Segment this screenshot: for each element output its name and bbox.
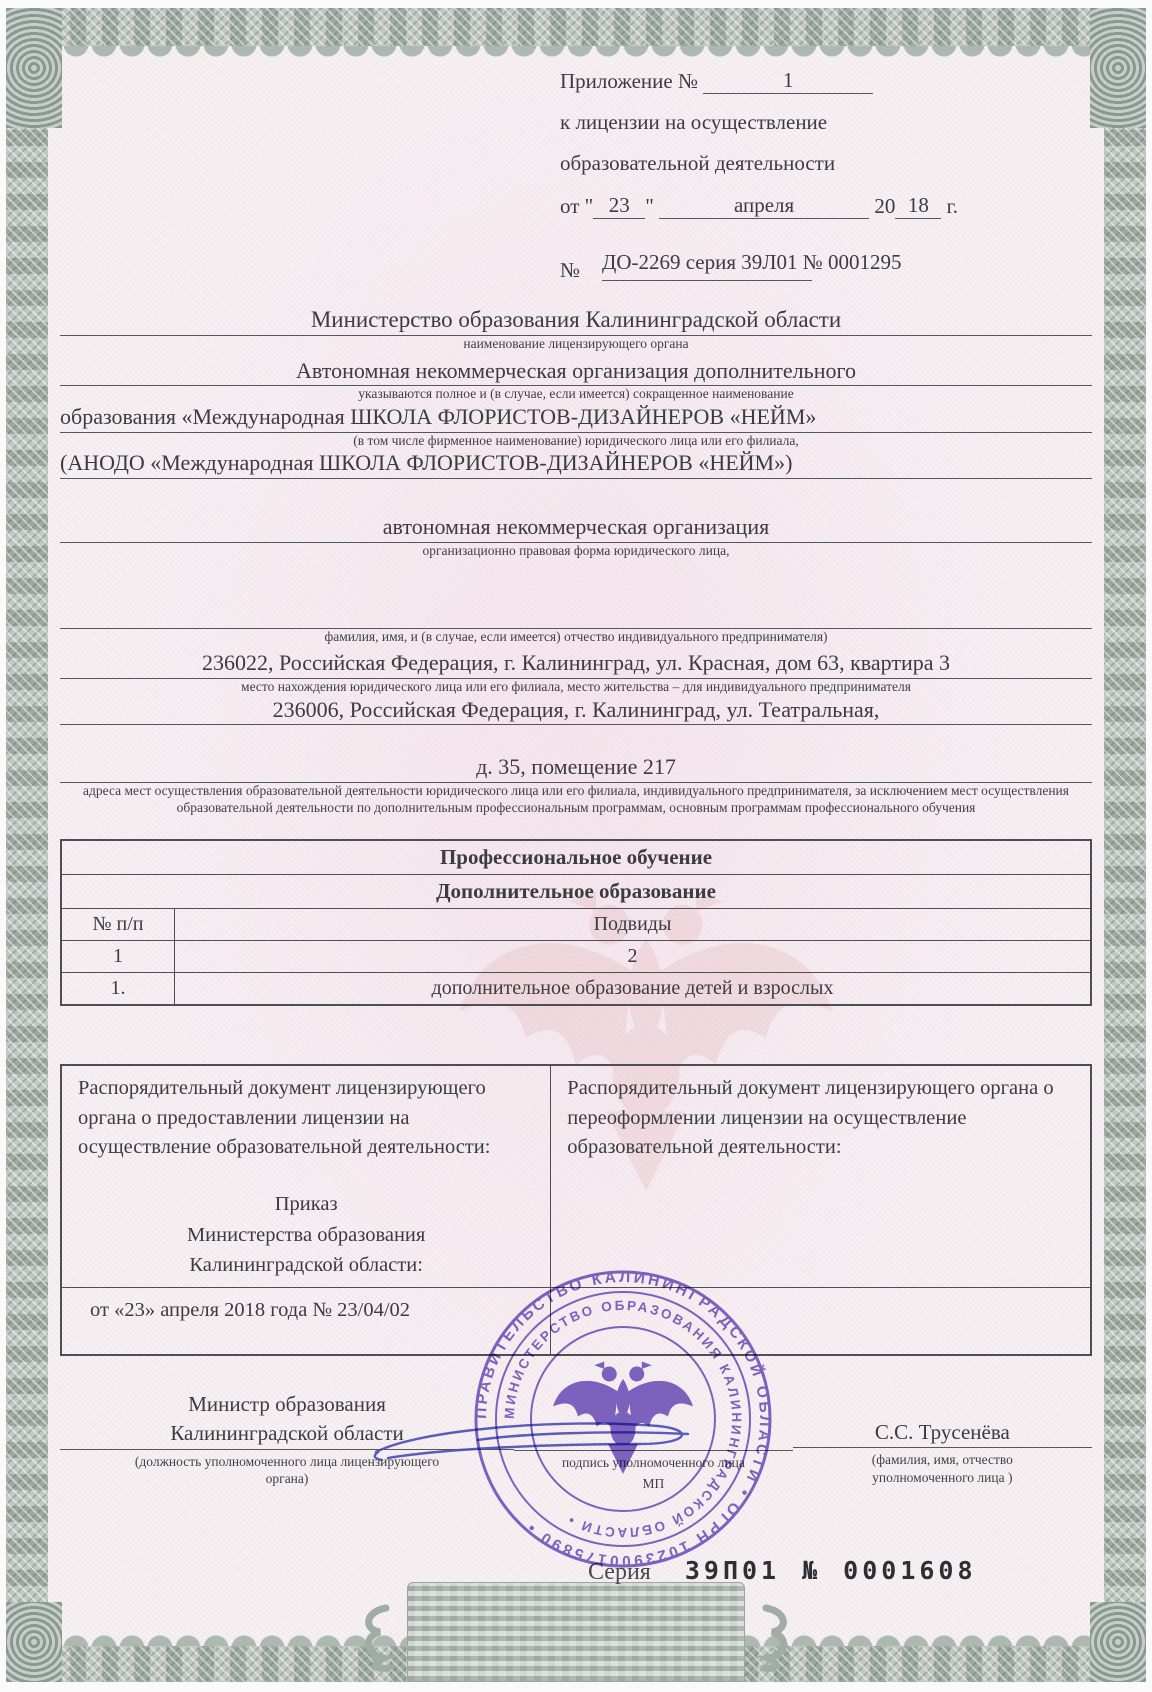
row-value: дополнительное образование детей и взрос…	[174, 972, 1090, 1004]
name-underline	[793, 1447, 1092, 1448]
table-header-row-1: Профессиональное обучение	[62, 841, 1090, 874]
column-header-num: № п/п	[62, 908, 174, 940]
row-num: 1	[62, 940, 174, 972]
table-row: 1. дополнительное образование детей и вз…	[62, 972, 1090, 1004]
appendix-label: Приложение №	[560, 69, 698, 93]
date-prefix: от "	[560, 194, 593, 218]
organization-short-name: (АНОДО «Международная ШКОЛА ФЛОРИСТОВ-ДИ…	[60, 449, 1092, 479]
appendix-header: Приложение № 1 к лицензии на осуществлен…	[560, 68, 1030, 283]
table-header-row-2: Дополнительное образование	[62, 874, 1090, 908]
licensing-authority-field: Министерство образования Калининградской…	[60, 305, 1092, 353]
frame-corner-ornament	[1090, 1602, 1146, 1682]
organization-name-field: Автономная некоммерческая организация до…	[60, 357, 1092, 480]
row-num: 1.	[62, 972, 174, 1004]
license-line-2: к лицензии на осуществление	[560, 110, 1030, 135]
serial-number: 0001608	[843, 1556, 976, 1585]
license-line-3: образовательной деятельности	[560, 151, 1030, 176]
legal-form: автономная некоммерческая организация	[60, 513, 1092, 543]
frame-top-border	[6, 8, 1146, 46]
education-kinds-table: Профессиональное обучение Дополнительное…	[60, 839, 1092, 1006]
name-caption: (фамилия, имя, отчество уполномоченного …	[827, 1451, 1057, 1486]
license-appendix-page: Приложение № 1 к лицензии на осуществлен…	[0, 0, 1152, 1692]
license-no-label: №	[560, 258, 580, 283]
frame-corner-ornament	[1090, 8, 1146, 128]
legal-address-field: 236022, Российская Федерация, г. Калинин…	[60, 649, 1092, 725]
table-title-2: Дополнительное образование	[62, 874, 1090, 908]
order-reissue-cell: Распорядительный документ лицензирующего…	[550, 1066, 1090, 1287]
order-grant-title: Распорядительный документ лицензирующего…	[78, 1074, 534, 1163]
order-reissue-title: Распорядительный документ лицензирующего…	[567, 1074, 1074, 1163]
date-day: 23	[593, 193, 645, 219]
serial-no-sign: №	[802, 1556, 821, 1585]
column-header-subtypes: Подвиды	[174, 908, 1090, 940]
appendix-number-line: Приложение № 1	[560, 68, 1030, 94]
activity-address-line1: 236006, Российская Федерация, г. Калинин…	[60, 696, 1092, 726]
signer-name: С.С. Трусенёва	[793, 1420, 1092, 1445]
activity-address-line2: д. 35, помещение 217	[60, 753, 1092, 783]
order-line-3: Калининградской области:	[78, 1250, 534, 1281]
date-month: апреля	[659, 193, 869, 219]
table-column-header-row: № п/п Подвиды	[62, 908, 1090, 940]
signer-name-block: С.С. Трусенёва (фамилия, имя, отчество у…	[793, 1390, 1092, 1492]
frame-right-border	[1104, 8, 1146, 1682]
license-date-line: от "23" апреля 2018 г.	[560, 193, 1030, 219]
order-grant-document: Приказ Министерства образования Калининг…	[78, 1189, 534, 1281]
organization-name-line1: Автономная некоммерческая организация до…	[60, 357, 1092, 387]
date-year: 18	[895, 193, 941, 219]
license-no-value: ДО-2269 серия 39Л01 № 0001295	[602, 250, 902, 275]
order-line-1: Приказ	[78, 1189, 534, 1220]
license-no-underline	[602, 280, 812, 281]
license-number-line: № ДО-2269 серия 39Л01 № 0001295	[560, 235, 1030, 283]
legal-form-field: автономная некоммерческая организация ор…	[60, 513, 1092, 559]
entrepreneur-blank-line	[60, 602, 1092, 629]
row-value: 2	[174, 940, 1090, 972]
activity-address-caption: адреса мест осуществления образовательно…	[60, 783, 1092, 817]
frame-corner-ornament	[6, 1602, 62, 1682]
licensing-authority-caption: наименование лицензирующего органа	[60, 336, 1092, 353]
order-grant-cell: Распорядительный документ лицензирующего…	[62, 1066, 550, 1287]
legal-address: 236022, Российская Федерация, г. Калинин…	[60, 649, 1092, 679]
date-century: 20	[874, 194, 895, 218]
appendix-number: 1	[703, 68, 873, 94]
date-quote: "	[645, 194, 654, 218]
table-row: 1 2	[62, 940, 1090, 972]
date-suffix: г.	[947, 194, 959, 218]
activity-address-field2: д. 35, помещение 217 адреса мест осущест…	[60, 753, 1092, 816]
order-line-2: Министерства образования	[78, 1220, 534, 1251]
organization-name-caption2: (в том числе фирменное наименование) юри…	[60, 433, 1092, 450]
entrepreneur-field: фамилия, имя, и (в случае, если имеется)…	[60, 602, 1092, 646]
legal-form-caption: организационно правовая форма юридическо…	[60, 543, 1092, 560]
frame-corner-ornament	[6, 8, 62, 128]
stamp-eagle-icon	[553, 1362, 693, 1475]
paper-sheet: Приложение № 1 к лицензии на осуществлен…	[6, 8, 1146, 1682]
organization-name-line2: образования «Международная ШКОЛА ФЛОРИСТ…	[60, 403, 1092, 433]
legal-address-caption: место нахождения юридического лица или е…	[60, 679, 1092, 696]
entrepreneur-caption: фамилия, имя, и (в случае, если имеется)…	[60, 629, 1092, 646]
licensing-authority: Министерство образования Калининградской…	[60, 305, 1092, 336]
table-title-1: Профессиональное обучение	[62, 841, 1090, 874]
organization-name-caption1: указываются полное и (в случае, если име…	[60, 386, 1092, 403]
ministry-round-stamp-icon: ПРАВИТЕЛЬСТВО КАЛИНИНГРАДСКОЙ ОБЛАСТИ • …	[468, 1264, 778, 1574]
frame-left-border	[6, 8, 48, 1682]
